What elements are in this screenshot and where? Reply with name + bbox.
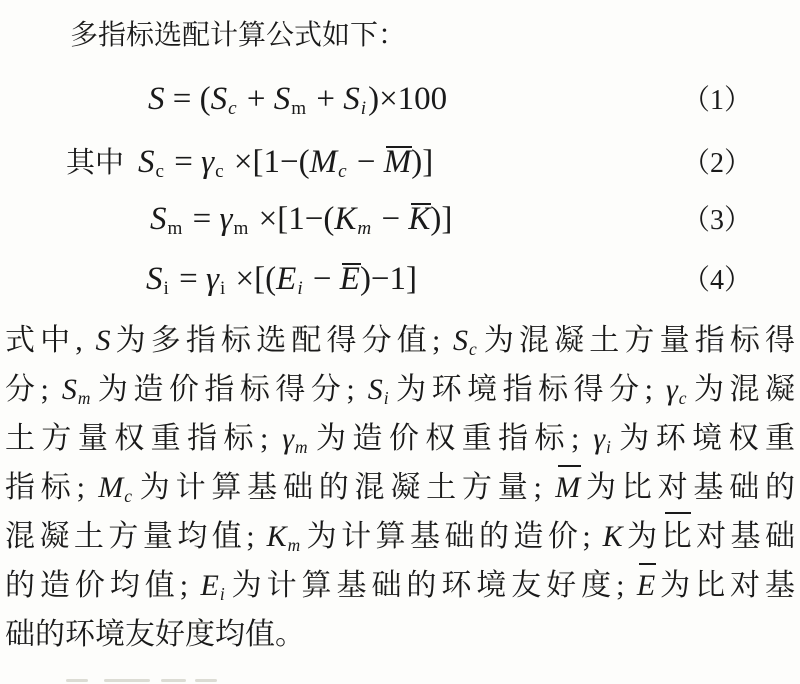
text-run: S bbox=[62, 373, 77, 406]
equation-4-number: （4） bbox=[682, 258, 752, 298]
equation-4: Si = γi ×[(Ei − E)−1] （4） bbox=[0, 258, 800, 300]
text-run: M bbox=[98, 471, 123, 504]
paragraph-line-3: 土方量权重指标; γm为造价权重指标; γi为环境权重 bbox=[5, 414, 795, 463]
text-run: S bbox=[343, 81, 360, 117]
equation-1: S = (Sc + Sm + Si)×100 （1） bbox=[0, 78, 800, 120]
text-run: 的造价均值; bbox=[5, 569, 201, 602]
text-run: )×100 bbox=[368, 81, 447, 117]
scan-crop-artifact bbox=[104, 679, 150, 682]
text-run: γ bbox=[206, 261, 219, 297]
text-run: 为环境指标得分; bbox=[391, 373, 666, 406]
text-run: S bbox=[146, 261, 163, 297]
text-run: 分; bbox=[5, 373, 62, 406]
text-run: K bbox=[408, 201, 430, 238]
text-run: c bbox=[156, 161, 165, 182]
scan-crop-artifact bbox=[66, 679, 88, 682]
equation-1-formula: S = (Sc + Sm + Si)×100 bbox=[148, 81, 447, 120]
text-run: 指标; bbox=[5, 471, 98, 504]
text-run: − bbox=[373, 201, 408, 237]
text-run: m bbox=[168, 218, 183, 239]
text-run: K bbox=[334, 201, 356, 237]
text-run: c bbox=[215, 161, 224, 182]
scan-crop-artifact bbox=[195, 679, 217, 682]
equation-2-formula: 其中Sc = γc ×[1−(Mc − M)] bbox=[66, 140, 433, 183]
equation-4-formula: Si = γi ×[(Ei − E)−1] bbox=[146, 261, 417, 300]
text-run: 础的环境友好度均值。 bbox=[5, 618, 305, 651]
paragraph-line-1: 式中, S为多指标选配得分值; Sc为混凝土方量指标得 bbox=[5, 316, 795, 365]
intro-text: 多指标选配计算公式如下： bbox=[70, 18, 406, 54]
text-run: M bbox=[384, 144, 412, 181]
text-run: E bbox=[637, 561, 655, 610]
text-run: i bbox=[606, 437, 611, 457]
text-run: m bbox=[295, 437, 308, 457]
document-page: 多指标选配计算公式如下： S = (Sc + Sm + Si)×100 （1） … bbox=[0, 0, 800, 684]
text-run: i bbox=[220, 278, 225, 299]
text-run: 为混凝 bbox=[689, 373, 796, 406]
text-run: 为比对基础的 bbox=[580, 471, 795, 504]
text-run: + bbox=[239, 81, 274, 117]
text-run: )−1] bbox=[360, 261, 417, 297]
text-run: 为混凝土方量指标得 bbox=[479, 324, 795, 357]
equation-2: 其中Sc = γc ×[1−(Mc − M)] （2） bbox=[0, 140, 800, 183]
text-run: 为造价指标得分; bbox=[92, 373, 367, 406]
text-run: S bbox=[453, 324, 468, 357]
paragraph-line-5: 混凝土方量均值; Km为计算基础的造价; K为比对基础 bbox=[5, 512, 795, 561]
text-run: K bbox=[603, 520, 623, 553]
text-run: E bbox=[201, 569, 219, 602]
text-run: 为比对基 bbox=[655, 569, 795, 602]
equation-3-number: （3） bbox=[682, 198, 752, 238]
paragraph-line-7: 础的环境友好度均值。 bbox=[5, 610, 795, 659]
text-run: = bbox=[166, 144, 201, 180]
text-run: m bbox=[357, 218, 371, 239]
equation-3-formula: Sm = γm ×[1−(Km − K)] bbox=[150, 201, 452, 240]
equation-2-number: （2） bbox=[682, 141, 752, 181]
text-run: c bbox=[469, 339, 477, 359]
text-run: = bbox=[171, 261, 206, 297]
text-run: c bbox=[228, 98, 237, 119]
text-run: − bbox=[349, 144, 384, 180]
text-run: ×[( bbox=[227, 261, 276, 297]
text-run: 为计算基础的混凝土方量; bbox=[134, 471, 555, 504]
text-run: γ bbox=[201, 144, 214, 180]
text-run: S bbox=[138, 144, 155, 180]
text-run: S bbox=[95, 324, 110, 357]
text-run: ×[1−( bbox=[250, 201, 334, 237]
scan-crop-artifact bbox=[161, 679, 186, 682]
text-run: γ bbox=[593, 422, 605, 455]
text-run: i bbox=[384, 388, 389, 408]
body-paragraph: 式中, S为多指标选配得分值; Sc为混凝土方量指标得 分; Sm为造价指标得分… bbox=[5, 316, 795, 659]
text-run: 为 bbox=[623, 520, 662, 553]
text-run: S bbox=[368, 373, 383, 406]
text-run: 土方量权重指标; bbox=[5, 422, 282, 455]
text-run: 为造价权重指标; bbox=[310, 422, 594, 455]
text-run: S bbox=[211, 81, 228, 117]
text-run: m bbox=[288, 535, 301, 555]
text-run: c bbox=[679, 388, 687, 408]
text-run: m bbox=[291, 98, 306, 119]
text-run: i bbox=[297, 278, 302, 299]
paragraph-line-2: 分; Sm为造价指标得分; Si为环境指标得分; γc为混凝 bbox=[5, 365, 795, 414]
text-run: i bbox=[164, 278, 169, 299]
paragraph-line-6: 的造价均值; Ei为计算基础的环境友好度; E为比对基 bbox=[5, 561, 795, 610]
text-run: 其中 bbox=[66, 147, 124, 179]
text-run: 混凝土方量均值; bbox=[5, 520, 267, 553]
text-run: S bbox=[148, 81, 165, 117]
text-run: = bbox=[184, 201, 219, 237]
text-run: c bbox=[124, 486, 132, 506]
text-run: )] bbox=[411, 144, 433, 180]
text-run: )] bbox=[430, 201, 452, 237]
text-run: γ bbox=[282, 422, 294, 455]
text-run: M bbox=[310, 144, 338, 180]
equation-3: Sm = γm ×[1−(Km − K)] （3） bbox=[0, 198, 800, 240]
text-run: 对基础 bbox=[692, 520, 795, 553]
paragraph-line-4: 指标; Mc为计算基础的混凝土方量; M为比对基础的 bbox=[5, 463, 795, 512]
text-run: 式中, bbox=[5, 324, 95, 357]
text-run: 为多指标选配得分值; bbox=[110, 324, 452, 357]
text-run: γ bbox=[220, 201, 233, 237]
text-run: − bbox=[305, 261, 340, 297]
text-run: i bbox=[361, 98, 366, 119]
text-run: m bbox=[234, 218, 249, 239]
text-run: M bbox=[555, 463, 580, 512]
text-run: γ bbox=[666, 373, 678, 406]
text-run: E bbox=[276, 261, 296, 297]
text-run: 为计算基础的环境友好度; bbox=[227, 569, 637, 602]
text-run: K bbox=[267, 520, 287, 553]
text-run: 为计算基础的造价; bbox=[302, 520, 603, 553]
text-run: c bbox=[338, 161, 347, 182]
text-run: 比 bbox=[662, 512, 692, 561]
text-run: 为环境权重 bbox=[613, 422, 795, 455]
text-run: m bbox=[78, 388, 91, 408]
text-run: E bbox=[340, 261, 360, 298]
text-run: S bbox=[150, 201, 167, 237]
text-run: i bbox=[220, 584, 225, 604]
equation-1-number: （1） bbox=[682, 78, 752, 118]
text-run: = ( bbox=[165, 81, 211, 117]
text-run: + bbox=[308, 81, 343, 117]
text-run: S bbox=[274, 81, 291, 117]
text-run: ×[1−( bbox=[226, 144, 310, 180]
